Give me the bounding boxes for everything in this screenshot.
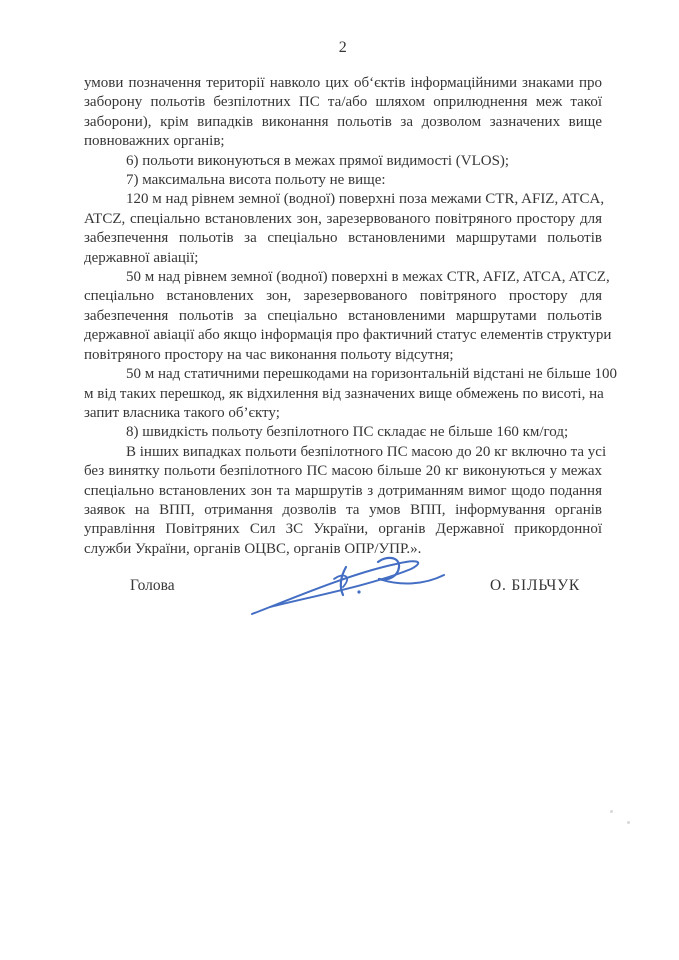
text-line: заборони), крім випадків виконання польо… (84, 113, 602, 132)
text-line: ATCZ, спеціально встановлених зон, зарез… (84, 210, 602, 229)
body-text: умови позначення території навколо цих о… (84, 74, 602, 559)
text-line: 7) максимальна висота польоту не вище: (84, 171, 602, 190)
text-line: повноважних органів; (84, 132, 602, 151)
text-line: заборону польотів безпілотних ПС та/або … (84, 93, 602, 112)
text-line: 120 м над рівнем земної (водної) поверхн… (84, 190, 602, 209)
text-line: забезпечення польотів за спеціально вста… (84, 229, 602, 248)
text-line: державної авіації або якщо інформація пр… (84, 326, 602, 345)
text-line: державної авіації; (84, 249, 602, 268)
text-line: забезпечення польотів за спеціально вста… (84, 307, 602, 326)
text-line: спеціально встановлених зон, зарезервова… (84, 287, 602, 306)
signature-mid-stroke (341, 567, 346, 595)
signature-sweep-stroke (252, 561, 418, 614)
signature-dot (357, 590, 360, 593)
text-line: заявок на ВПП, отримання дозволів та умо… (84, 501, 602, 520)
text-line: без винятку польоти безпілотного ПС масо… (84, 462, 602, 481)
handwritten-signature (248, 552, 448, 620)
text-line: спеціально встановлених зон та маршрутів… (84, 482, 602, 501)
scan-speck (627, 821, 630, 824)
text-line: 50 м над рівнем земної (водної) поверхні… (84, 268, 602, 287)
text-line: запит власника такого об’єкту; (84, 404, 602, 423)
scan-speck (610, 810, 613, 813)
text-line: В інших випадках польоти безпілотного ПС… (84, 443, 602, 462)
text-line: управління Повітряних Сил ЗС України, ор… (84, 520, 602, 539)
document-page: 2 умови позначення території навколо цих… (0, 0, 679, 960)
text-line: 50 м над статичними перешкодами на гориз… (84, 365, 602, 384)
text-line: повітряного простору на час виконання по… (84, 346, 602, 365)
text-line: 8) швидкість польоту безпілотного ПС скл… (84, 423, 602, 442)
signer-name: О. БІЛЬЧУК (490, 577, 580, 595)
text-line: 6) польоти виконуються в межах прямої ви… (84, 152, 602, 171)
page-number: 2 (84, 39, 602, 57)
signer-role-label: Голова (130, 577, 175, 595)
text-line: умови позначення території навколо цих о… (84, 74, 602, 93)
text-line: м від таких перешкод, як відхилення від … (84, 385, 602, 404)
